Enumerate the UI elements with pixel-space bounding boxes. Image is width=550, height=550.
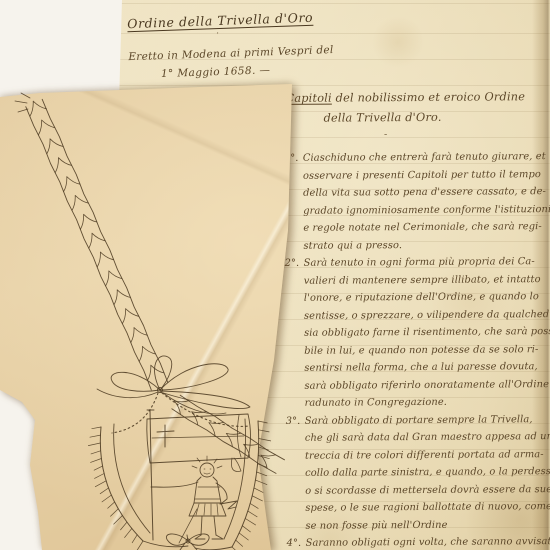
drawing-sheet [0,0,550,550]
sheet-crease [0,0,550,550]
drawing-sheet-wrap [0,0,550,550]
manuscript-scan: Ordine della Trivella d'Oro · Eretto in … [0,0,550,550]
